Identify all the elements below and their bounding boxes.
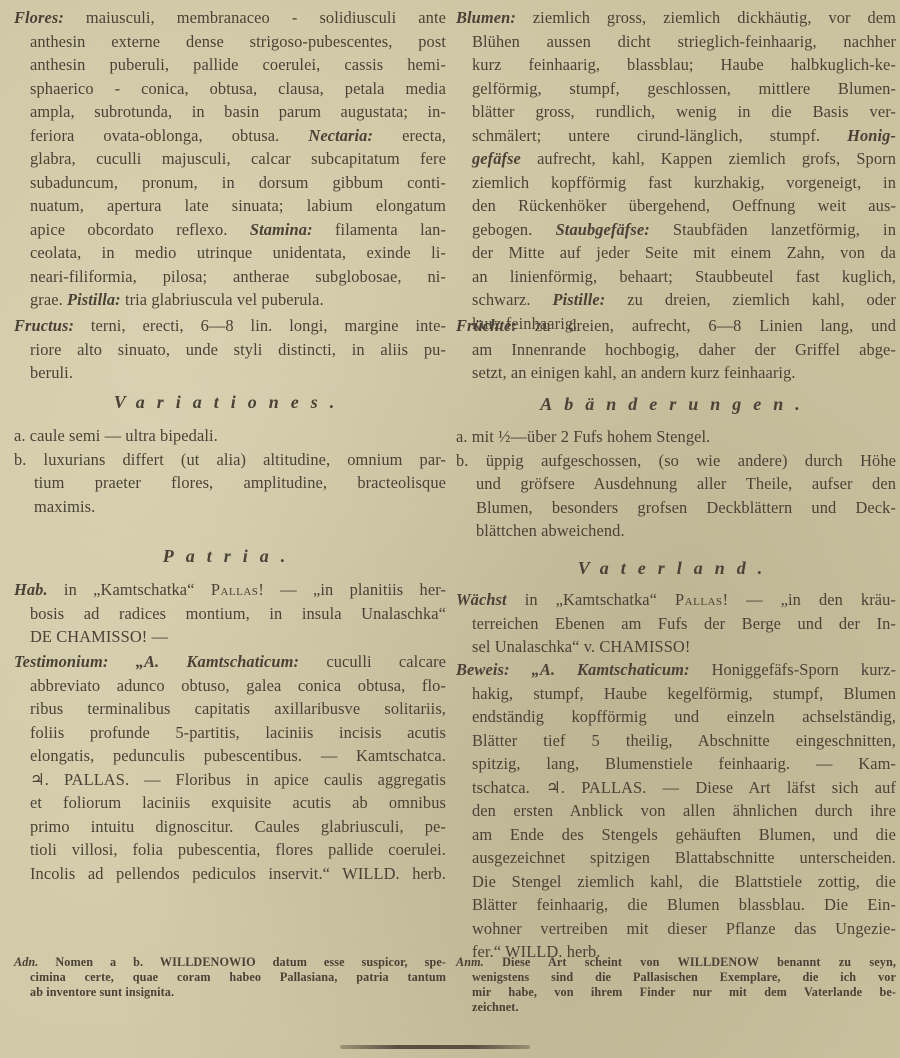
variationes-heading: Variationes. — [14, 392, 446, 413]
fructus-paragraph: Fructus: terni, erecti, 6—8 lin. longi, … — [14, 314, 446, 385]
honig-label: Honig- — [847, 126, 896, 145]
beweis-paragraph: Beweis: „A. Kamtschaticum: Honiggefäfs-S… — [456, 658, 896, 964]
wachst-label: Wächst — [456, 590, 507, 609]
habitat-paragraph: Hab. in „Kamtschatka“ Pallas! — „in plan… — [14, 578, 446, 649]
list-item: a. mit ½—über 2 Fufs hohem Stengel. — [456, 425, 896, 449]
list-item: b. üppig aufgeschossen, (so wie andere) … — [456, 449, 896, 473]
section-end-rule — [340, 1045, 530, 1049]
blumen-label: Blumen: — [456, 8, 516, 27]
hab-label: Hab. — [14, 580, 48, 599]
pistilla-label: Pistilla: — [67, 290, 121, 309]
nectaria-label: Nectaria: — [308, 126, 373, 145]
beweis-label: Beweis: — [456, 660, 510, 679]
latin-footnote: Adn. Nomen a b. WILLDENOWIO datum esse s… — [14, 955, 446, 1000]
list-item: b. luxurians differt (ut alia) altitudin… — [14, 448, 446, 472]
anm-label: Anm. — [456, 955, 484, 969]
list-item: a. caule semi — ultra bipedali. — [14, 424, 446, 448]
testimonium-paragraph: Testimonium: „A. Kamtschaticum: cuculli … — [14, 650, 446, 885]
flores-paragraph: Flores: maiusculi, membranaceo - solidiu… — [14, 6, 446, 312]
fruchte-label: Früchte: — [456, 316, 517, 335]
variationes-list: a. caule semi — ultra bipedali. b. luxur… — [14, 424, 446, 518]
fructus-label: Fructus: — [14, 316, 74, 335]
fruchte-paragraph: Früchte: zu dreien, aufrecht, 6—8 Linien… — [456, 314, 896, 385]
vaterland-heading: Vaterland. — [456, 558, 896, 579]
patria-heading: Patria. — [14, 546, 446, 567]
wachst-paragraph: Wächst in „Kamtschatka“ Pallas! — „in de… — [456, 588, 896, 659]
abanderungen-list: a. mit ½—über 2 Fufs hohem Stengel. b. ü… — [456, 425, 896, 543]
staubgefasse-label: Staubgefäfse: — [556, 220, 650, 239]
book-page: Flores: maiusculi, membranaceo - solidiu… — [0, 0, 900, 1058]
german-footnote: Anm. Diese Art scheint von WILLDENOW ben… — [456, 955, 896, 1015]
testimonium-label: Testimonium: — [14, 652, 108, 671]
pistille-label: Pistille: — [553, 290, 606, 309]
adn-label: Adn. — [14, 955, 38, 969]
flores-label: Flores: — [14, 8, 64, 27]
stamina-label: Stamina: — [250, 220, 313, 239]
blumen-paragraph: Blumen: ziemlich gross, ziemlich dickhäu… — [456, 6, 896, 335]
abanderungen-heading: Abänderungen. — [456, 394, 896, 415]
